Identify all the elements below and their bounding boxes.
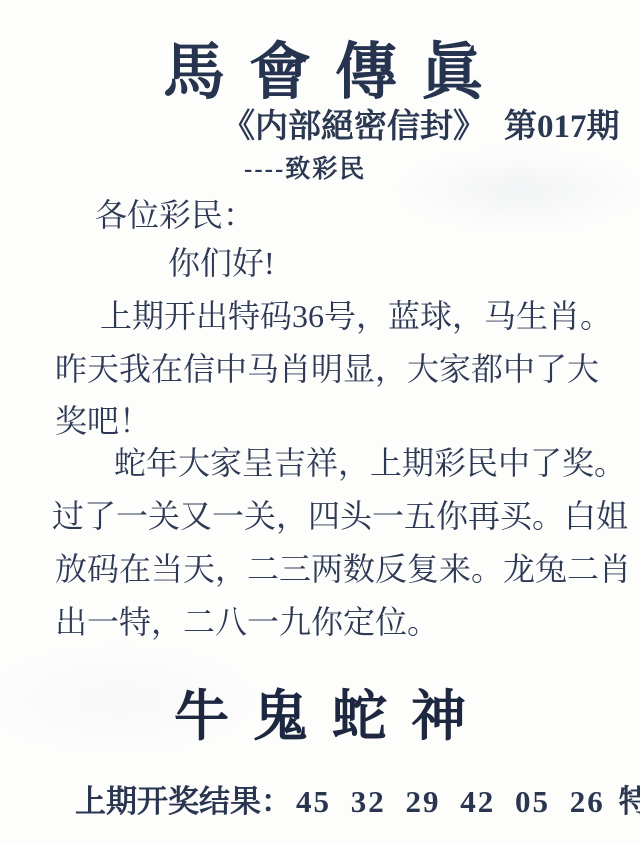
subtitle-envelope: 《内部絕密信封》 — [222, 109, 486, 145]
paragraph2-line2: 过了一关又一关，四头一五你再买。白姐 — [52, 497, 628, 535]
result-label: 上期开奖结果： — [75, 784, 292, 819]
paragraph2-line4: 出一特，二八一九你定位。 — [55, 603, 439, 641]
doc-subtitle: 《内部絕密信封》第017期 — [222, 100, 620, 147]
paragraph1-line3: 奖吧！ — [55, 402, 151, 440]
greeting: 你们好! — [168, 244, 275, 282]
issue-number: 第017期 — [504, 109, 620, 145]
doc-title: 馬會傳眞 — [0, 22, 640, 111]
salutation: 各位彩民： — [95, 196, 255, 234]
slogan-text: 牛鬼蛇神 — [0, 672, 640, 751]
dedication-line: ----致彩民 — [244, 149, 366, 185]
fax-document-page: 馬會傳眞 《内部絕密信封》第017期 ----致彩民 各位彩民： 你们好! 上期… — [0, 0, 640, 844]
previous-draw-result: 上期开奖结果：45 32 29 42 05 26特36 — [75, 776, 640, 821]
result-special-number: 特36 — [619, 784, 640, 819]
result-numbers: 45 32 29 42 05 26 — [296, 784, 605, 819]
paragraph2-line1: 蛇年大家呈吉祥，上期彩民中了奖。 — [114, 444, 626, 482]
paragraph1-line1: 上期开出特码36号，蓝球，马生肖。 — [100, 297, 612, 335]
paragraph2-line3: 放码在当天，二三两数反复来。龙兔二肖 — [55, 550, 631, 588]
paragraph1-line2: 昨天我在信中马肖明显，大家都中了大 — [55, 350, 599, 388]
